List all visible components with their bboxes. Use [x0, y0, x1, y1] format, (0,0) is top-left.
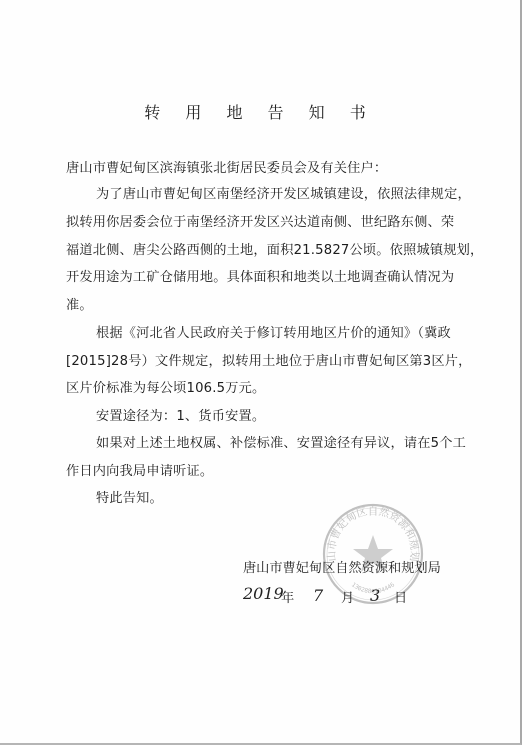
body-line: [2015]28号）文件规定，拟转用土地位于唐山市曹妃甸区第3区片， — [66, 350, 472, 369]
body-line: 如果对上述土地权属、补偿标准、安置途径有异议，请在5个工 — [96, 432, 466, 451]
date-year-unit: 年 — [281, 587, 294, 606]
body-line: 区片价标准为每公顷106.5万元。 — [66, 377, 265, 396]
date-month-unit: 月 — [341, 587, 354, 606]
body-line: 安置途径为：1、货币安置。 — [96, 405, 265, 424]
body-line: 为了唐山市曹妃甸区南堡经济开发区城镇建设，依照法律规定， — [96, 183, 471, 202]
body-line: 根据《河北省人民政府关于修订转用地区片价的通知》（冀政 — [96, 322, 451, 341]
body-line: 开发用途为工矿仓储用地。具体面积和地类以土地调查确认情况为 — [66, 266, 454, 285]
date-year-handwritten: 2019 — [243, 584, 284, 603]
body-line: 作日内向我局申请听证。 — [66, 460, 213, 479]
issuer-signature: 唐山市曹妃甸区自然资源和规划局 — [243, 557, 441, 576]
body-line: 福道北侧、唐尖公路西侧的土地，面积21.5827公顷。依照城镇规划， — [66, 239, 483, 258]
body-line: 拟转用你居委会位于南堡经济开发区兴达道南侧、世纪路东侧、荣 — [66, 211, 454, 230]
date-month-handwritten: 7 — [313, 586, 323, 605]
document-page: 转 用 地 告 知 书 唐山市曹妃甸区滨海镇张北街居民委员会及有关住户： 为了唐… — [0, 0, 522, 745]
addressee: 唐山市曹妃甸区滨海镇张北街居民委员会及有关住户： — [66, 157, 387, 176]
date-day-handwritten: 3 — [370, 586, 380, 605]
body-line: 特此告知。 — [96, 487, 163, 506]
document-title: 转 用 地 告 知 书 — [0, 100, 520, 123]
date-day-unit: 日 — [394, 587, 407, 606]
issue-date: 2019 年 7 月 3 日 — [243, 585, 443, 609]
body-line: 准。 — [66, 294, 93, 313]
